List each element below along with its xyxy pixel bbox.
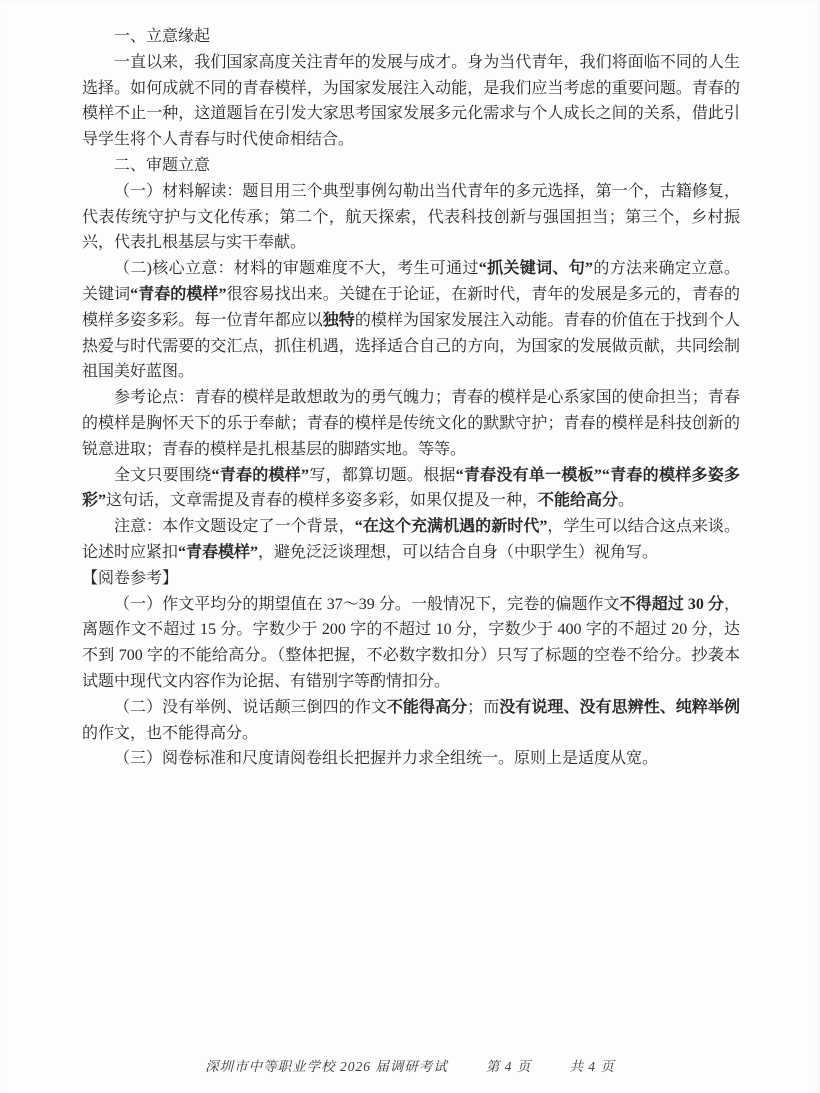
document-page: 一、立意缘起 一直以来，我们国家高度关注青年的发展与成才。身为当代青年，我们将面… (0, 0, 820, 1093)
bold-text-run: 不能给高分 (538, 492, 618, 509)
page-footer: 深圳市中等职业学校 2026 届调研考试 第 4 页 共 4 页 (0, 1055, 820, 1075)
text-run: （三）阅卷标准和尺度请阅卷组长把握并力求全组统一。原则上是适度从宽。 (114, 750, 658, 767)
bold-text-run: 不能得高分 (387, 699, 467, 716)
bold-text-run: “青春的模样” (212, 467, 310, 484)
paragraph-score-expectations: （一）作文平均分的期望值在 37～39 分。一般情况下，完卷的偏题作文不得超过 … (82, 592, 740, 695)
paragraph-on-topic-rule: 全文只要围绕“青春的模样”写，都算切题。根据“青春没有单一模板”“青春的模样多姿… (82, 463, 740, 515)
section-heading-intent-origin: 一、立意缘起 (82, 24, 740, 50)
text-run: ；而 (467, 699, 499, 716)
bold-text-run: “在这个充满机遇的新时代” (355, 518, 548, 535)
section-intent-origin: 一、立意缘起 一直以来，我们国家高度关注青年的发展与成才。身为当代青年，我们将面… (82, 24, 740, 153)
paragraph-no-examples-rule: （二）没有举例、说话颠三倒四的作文不能得高分；而没有说理、没有思辨性、纯粹举例的… (82, 695, 740, 747)
text-run: （二）没有举例、说话颠三倒四的作文 (114, 699, 387, 716)
paragraph-reference-theses: 参考论点：青春的模样是敢想敢为的勇气魄力；青春的模样是心系家国的使命担当；青春的… (82, 385, 740, 462)
footer-total-pages: 共 4 页 (569, 1055, 615, 1075)
text-run: 。 (618, 492, 634, 509)
text-run: 这句话，文章需提及青春的模样多姿多彩，如果仅提及一种， (106, 492, 538, 509)
section-topic-analysis: 二、审题立意 （一）材料解读：题目用三个典型事例勾勒出当代青年的多元选择，第一个… (82, 153, 740, 566)
footer-page-number: 第 4 页 (486, 1055, 532, 1075)
section-heading-topic-analysis: 二、审题立意 (82, 153, 740, 179)
paragraph-group-consistency-rule: （三）阅卷标准和尺度请阅卷组长把握并力求全组统一。原则上是适度从宽。 (82, 746, 740, 772)
footer-exam-title: 深圳市中等职业学校 2026 届调研考试 (205, 1055, 448, 1075)
bold-text-run: 独特 (323, 312, 355, 329)
bold-text-run: “青春模样” (178, 544, 258, 561)
paragraph-intent-origin: 一直以来，我们国家高度关注青年的发展与成才。身为当代青年，我们将面临不同的人生选… (82, 50, 740, 153)
text-run: （一）材料解读：题目用三个典型事例勾勒出当代青年的多元选择，第一个，古籍修复，代… (82, 183, 740, 252)
text-run: 全文只要围绕 (114, 467, 212, 484)
section-grading-reference: 【阅卷参考】 （一）作文平均分的期望值在 37～39 分。一般情况下，完卷的偏题… (82, 566, 740, 772)
document-body: 一、立意缘起 一直以来，我们国家高度关注青年的发展与成才。身为当代青年，我们将面… (82, 24, 740, 772)
text-run: （二)核心立意：材料的审题难度不大，考生可通过 (114, 260, 479, 277)
paragraph-note: 注意：本作文题设定了一个背景，“在这个充满机遇的新时代”，学生可以结合这点来谈。… (82, 514, 740, 566)
bold-text-run: “青春的模样” (130, 286, 226, 303)
paragraph-core-intent: （二)核心立意：材料的审题难度不大，考生可通过“抓关键词、句”的方法来确定立意。… (82, 256, 740, 385)
text-run: （一）作文平均分的期望值在 37～39 分。一般情况下，完卷的偏题作文 (114, 596, 620, 613)
text-run: 一直以来，我们国家高度关注青年的发展与成才。身为当代青年，我们将面临不同的人生选… (82, 54, 740, 148)
section-heading-grading-reference: 【阅卷参考】 (82, 566, 740, 592)
text-run: 注意：本作文题设定了一个背景， (114, 518, 355, 535)
bold-text-run: 不得超过 30 分 (620, 596, 724, 613)
bold-text-run: “抓关键词、句” (479, 260, 593, 277)
text-run: ，避免泛泛谈理想，可以结合自身（中职学生）视角写。 (258, 544, 658, 561)
text-run: 写，都算切题。根据 (309, 467, 456, 484)
paragraph-material-reading: （一）材料解读：题目用三个典型事例勾勒出当代青年的多元选择，第一个，古籍修复，代… (82, 179, 740, 256)
text-run: 的作文，也不能得高分。 (82, 725, 258, 742)
bold-text-run: 没有说理、没有思辨性、纯粹举例 (499, 699, 740, 716)
text-run: 参考论点：青春的模样是敢想敢为的勇气魄力；青春的模样是心系家国的使命担当；青春的… (82, 389, 740, 458)
